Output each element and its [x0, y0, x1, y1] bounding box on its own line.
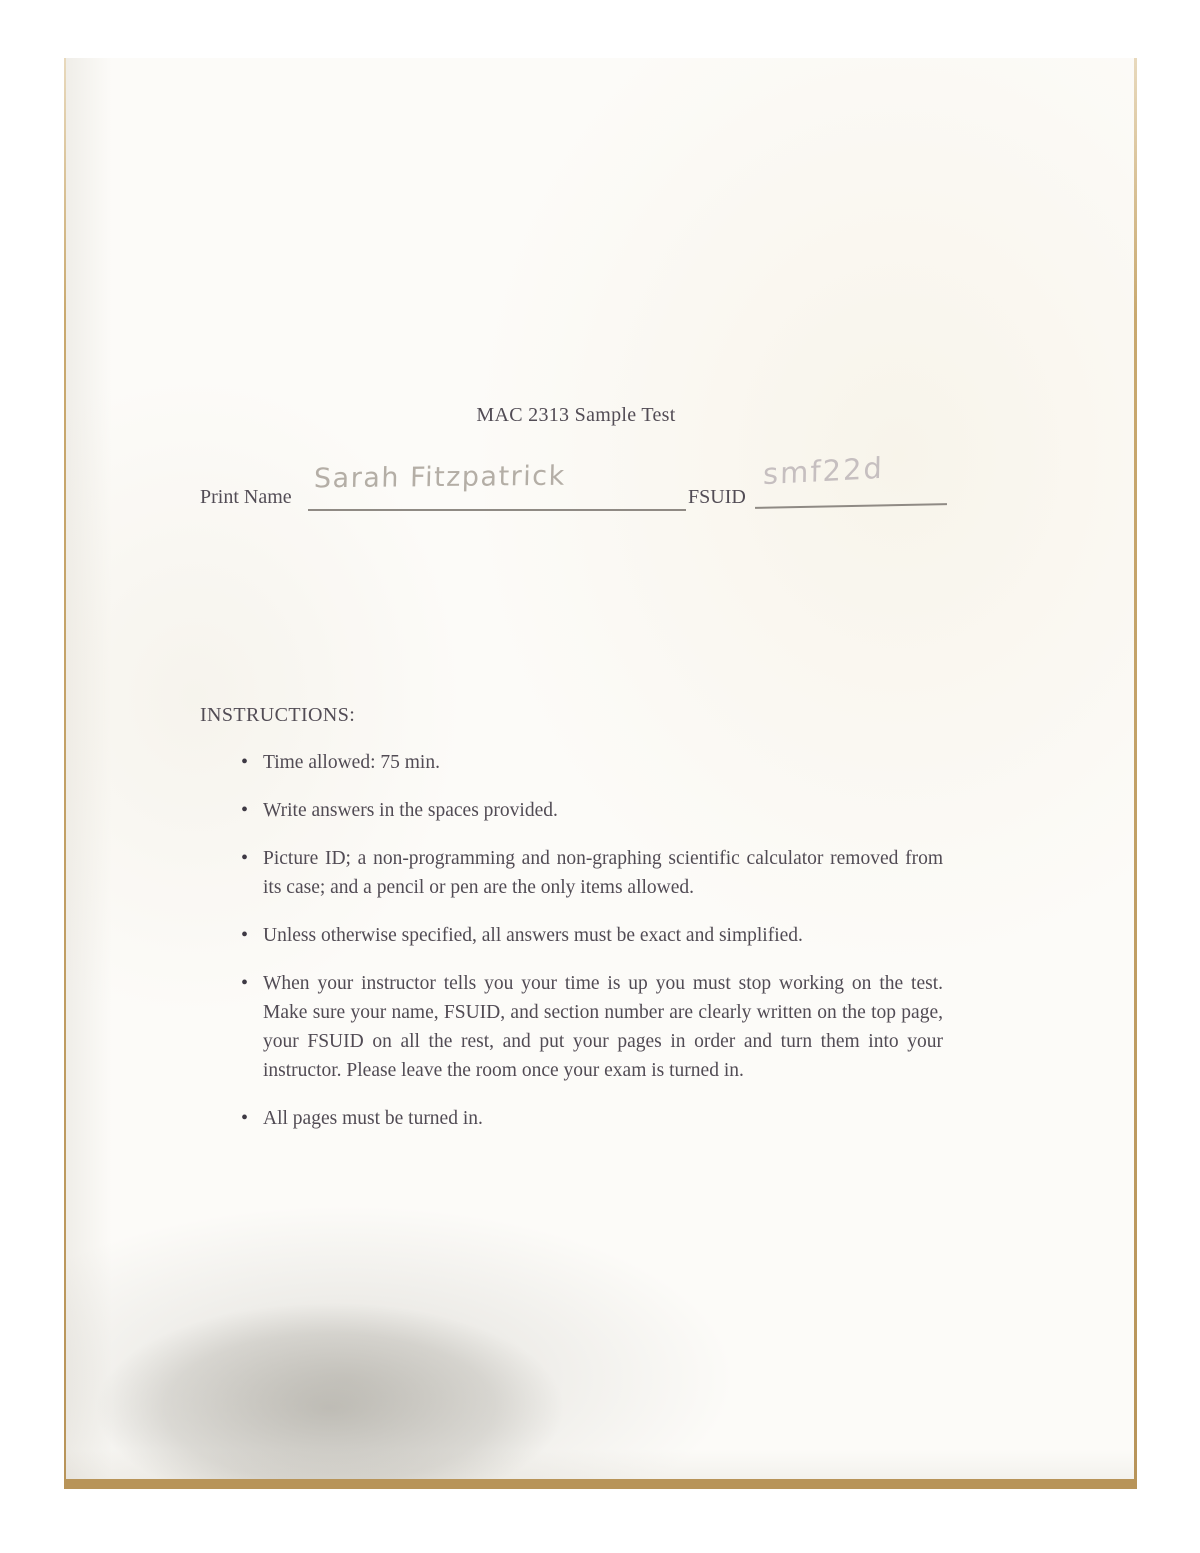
photographed-paper: MAC 2313 Sample Test Print Name Sarah Fi… — [64, 58, 1137, 1489]
page-title: MAC 2313 Sample Test — [200, 404, 952, 427]
handwritten-name: Sarah Fitzpatrick — [314, 461, 566, 495]
handwritten-fsuid: smf22d — [763, 451, 884, 491]
exam-cover-page: MAC 2313 Sample Test Print Name Sarah Fi… — [66, 58, 1134, 1479]
fsuid-blank-line — [755, 503, 947, 509]
instruction-item: Time allowed: 75 min. — [243, 748, 943, 777]
name-blank-line — [308, 509, 686, 511]
instruction-item: Write answers in the spaces provided. — [243, 796, 943, 825]
instruction-item: Unless otherwise specified, all answers … — [243, 921, 943, 950]
fsuid-label: FSUID — [688, 486, 746, 509]
instruction-item: When your instructor tells you your time… — [243, 969, 943, 1085]
photo-canvas: MAC 2313 Sample Test Print Name Sarah Fi… — [0, 0, 1200, 1553]
instruction-item: Picture ID; a non-programming and non-gr… — [243, 844, 943, 902]
instructions-list: Time allowed: 75 min.Write answers in th… — [243, 748, 943, 1133]
instructions-heading: INSTRUCTIONS: — [200, 704, 355, 727]
print-name-label: Print Name — [200, 486, 292, 509]
instruction-item: All pages must be turned in. — [243, 1104, 943, 1133]
